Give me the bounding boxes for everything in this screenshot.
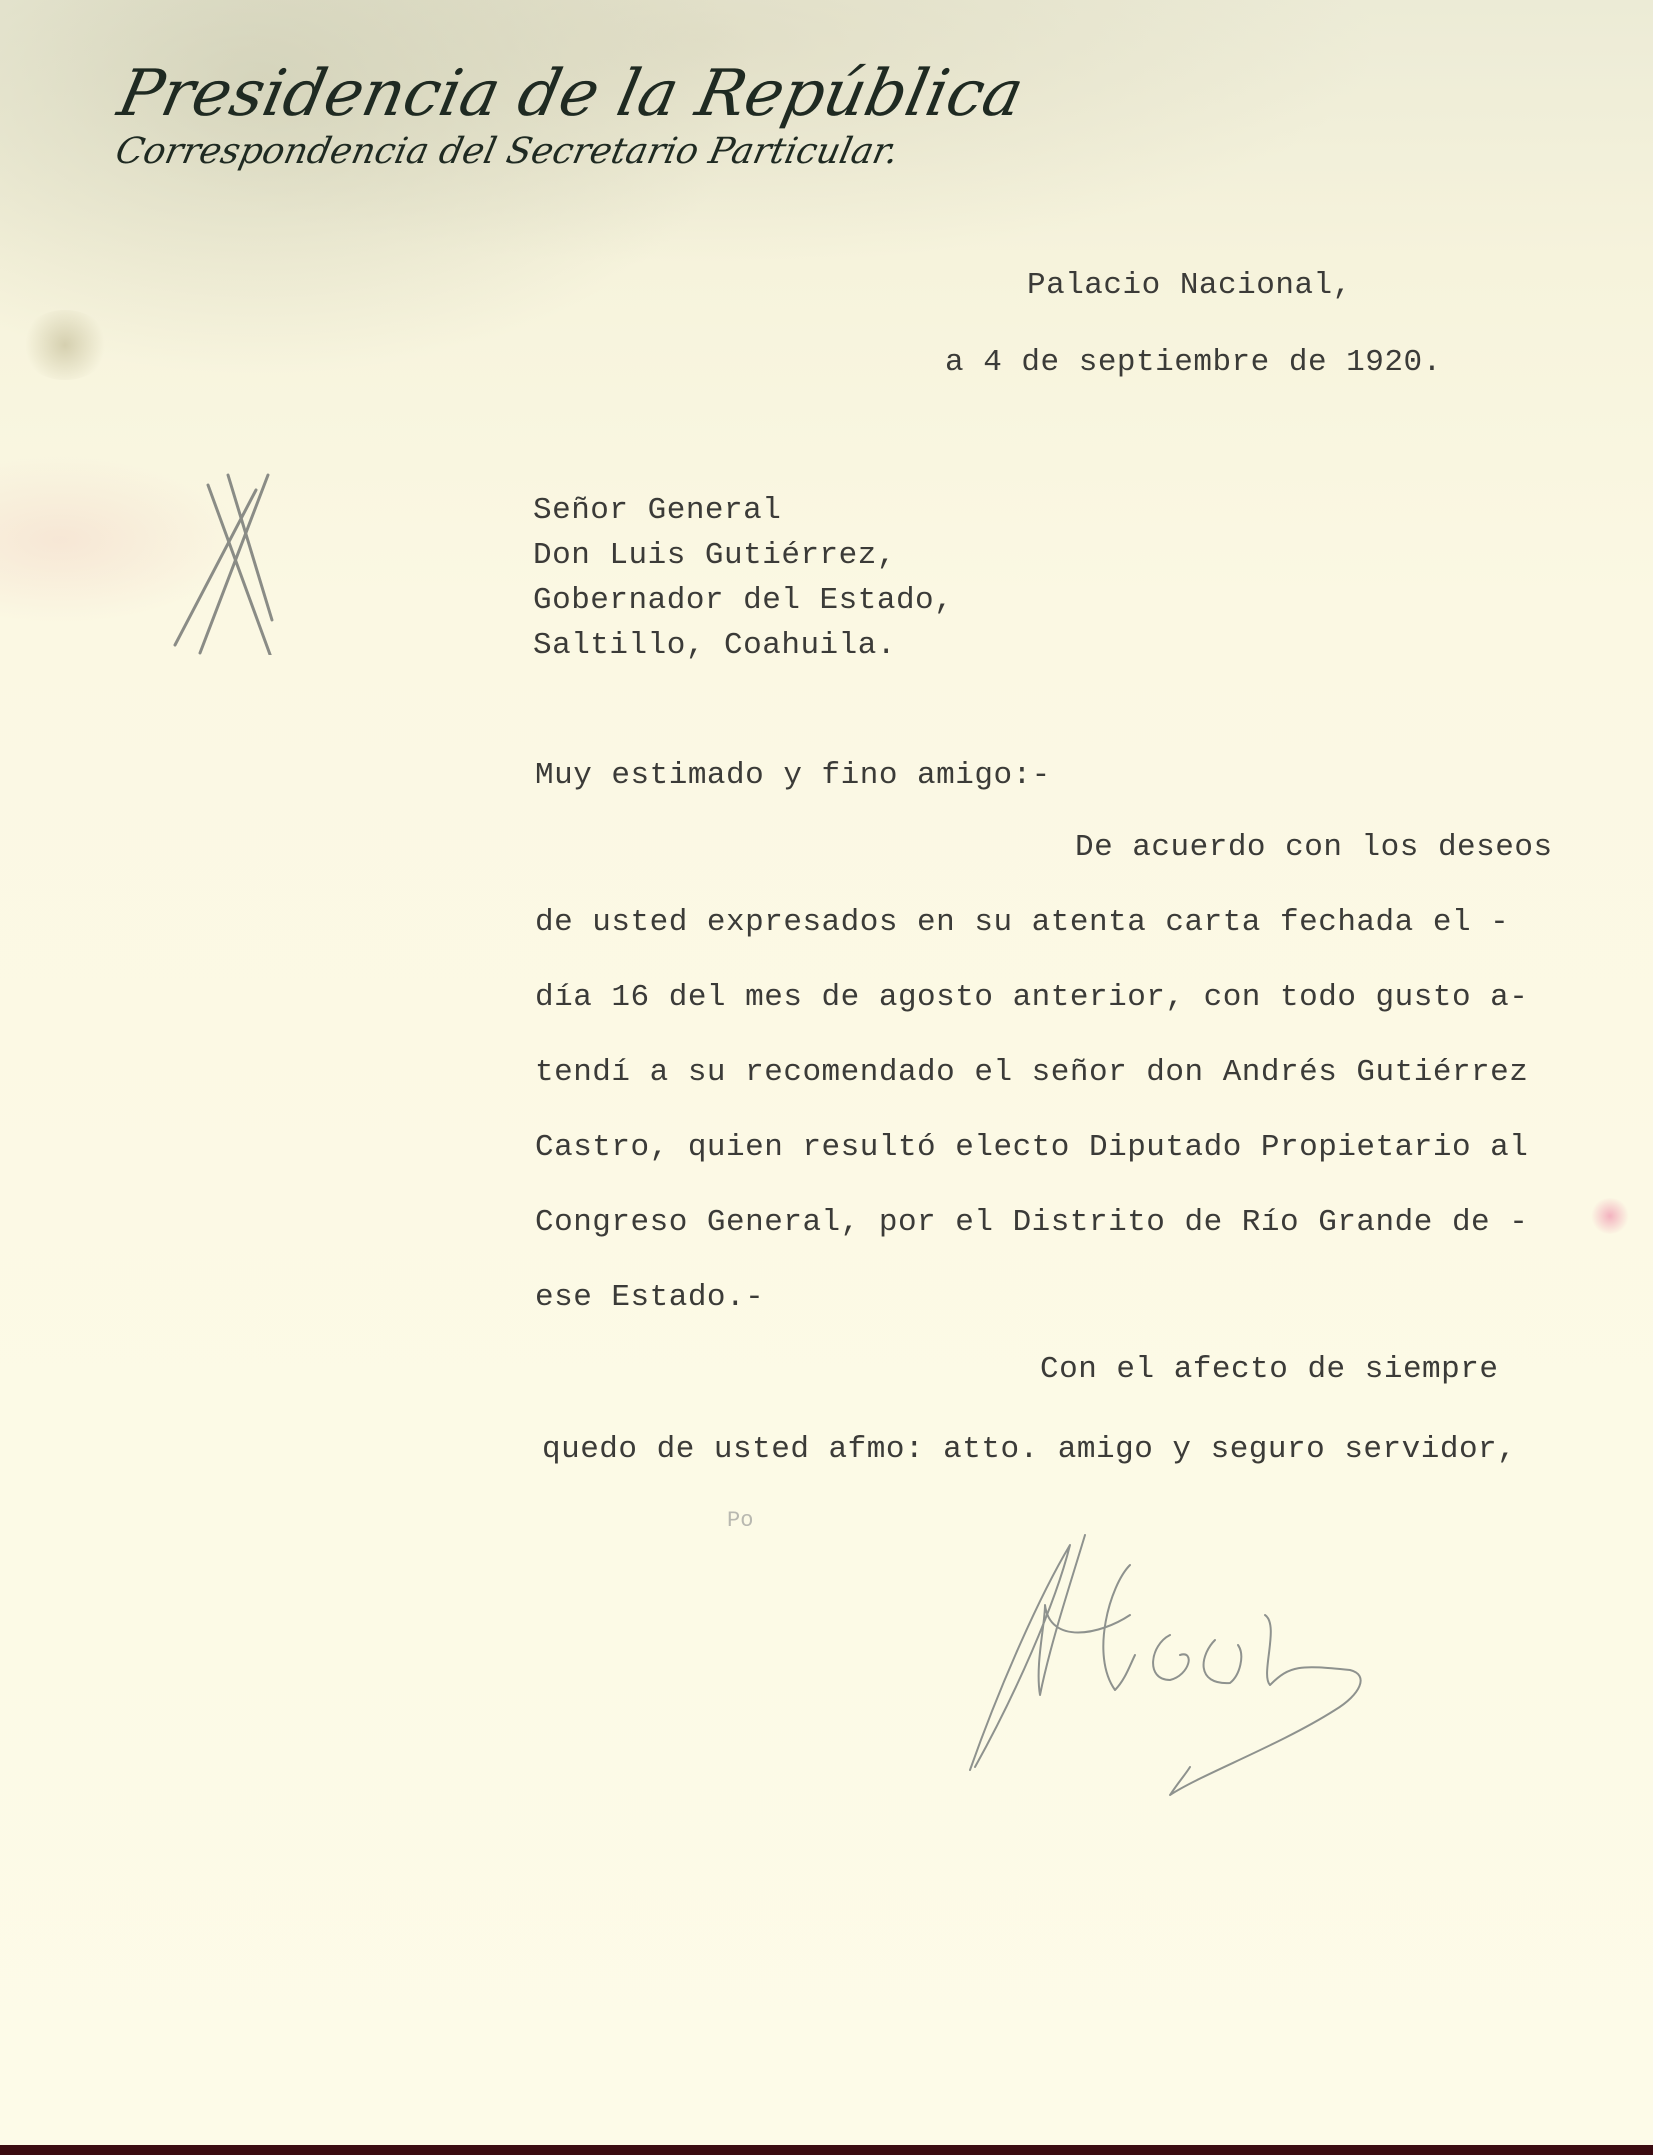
letterhead: Presidencia de la República Corresponden…	[112, 58, 1014, 172]
recipient-line: Gobernador del Estado,	[533, 583, 953, 618]
place-line: Palacio Nacional,	[1027, 268, 1352, 303]
body-line: Castro, quien resultó electo Diputado Pr…	[535, 1130, 1528, 1165]
date-line: a 4 de septiembre de 1920.	[945, 345, 1442, 380]
signature-icon	[940, 1505, 1400, 1825]
body-line: día 16 del mes de agosto anterior, con t…	[535, 980, 1528, 1015]
body-line: Congreso General, por el Distrito de Río…	[535, 1205, 1528, 1240]
letter-page: Presidencia de la República Corresponden…	[0, 0, 1653, 2140]
recipient-line: Señor General	[533, 493, 781, 528]
stamp-mark: Po	[727, 1508, 753, 1533]
letterhead-subtitle: Correspondencia del Secretario Particula…	[112, 132, 1023, 172]
recipient-line: Don Luis Gutiérrez,	[533, 538, 896, 573]
salutation: Muy estimado y fino amigo:-	[535, 758, 1051, 793]
pencil-cross-mark-icon	[160, 455, 300, 655]
closing-line: quedo de usted afmo: atto. amigo y segur…	[542, 1432, 1516, 1467]
scan-bottom-edge	[0, 2145, 1653, 2155]
closing-line: Con el afecto de siempre	[1040, 1352, 1498, 1387]
body-line: De acuerdo con los deseos	[1075, 830, 1553, 865]
body-line: tendí a su recomendado el señor don Andr…	[535, 1055, 1528, 1090]
body-line: de usted expresados en su atenta carta f…	[535, 905, 1509, 940]
recipient-line: Saltillo, Coahuila.	[533, 628, 896, 663]
body-line: ese Estado.-	[535, 1280, 764, 1315]
ink-spot	[1590, 1198, 1630, 1234]
letterhead-title: Presidencia de la República	[112, 58, 1029, 130]
paper-stain	[20, 310, 110, 380]
